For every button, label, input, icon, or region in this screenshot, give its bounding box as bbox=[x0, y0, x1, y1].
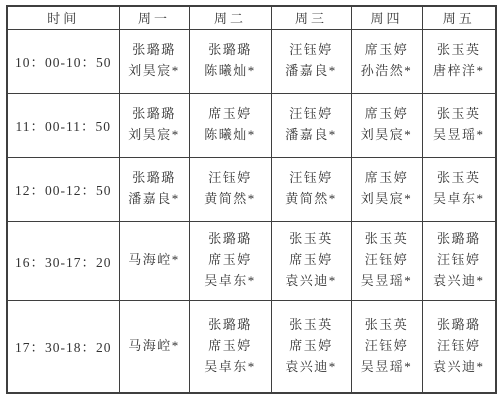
schedule-cell: 汪钰婷 黄简然* bbox=[189, 157, 271, 221]
schedule-cell: 张璐璐 潘嘉良* bbox=[119, 157, 189, 221]
column-header-wednesday: 周三 bbox=[271, 6, 351, 29]
schedule-cell: 席玉婷 孙浩然* bbox=[351, 29, 422, 93]
table-row: 16：30-17：20 马海崆* 张璐璐 席玉婷 吴卓东* 张玉英 席玉婷 袁兴… bbox=[7, 221, 496, 300]
schedule-cell: 张璐璐 刘昊宸* bbox=[119, 29, 189, 93]
table-row: 10：00-10：50 张璐璐 刘昊宸* 张璐璐 陈曦灿* 汪钰婷 潘嘉良* 席… bbox=[7, 29, 496, 93]
schedule-cell: 张璐璐 席玉婷 吴卓东* bbox=[189, 300, 271, 393]
schedule-cell: 马海崆* bbox=[119, 300, 189, 393]
schedule-cell: 张璐璐 汪钰婷 袁兴迪* bbox=[422, 300, 496, 393]
schedule-cell: 张玉英 吴昱瑶* bbox=[422, 93, 496, 157]
schedule-cell: 汪钰婷 黄简然* bbox=[271, 157, 351, 221]
column-header-monday: 周一 bbox=[119, 6, 189, 29]
column-header-time: 时间 bbox=[7, 6, 119, 29]
table-row: 12：00-12：50 张璐璐 潘嘉良* 汪钰婷 黄简然* 汪钰婷 黄简然* 席… bbox=[7, 157, 496, 221]
table-row: 11：00-11：50 张璐璐 刘昊宸* 席玉婷 陈曦灿* 汪钰婷 潘嘉良* 席… bbox=[7, 93, 496, 157]
schedule-cell: 席玉婷 刘昊宸* bbox=[351, 157, 422, 221]
table-row: 17：30-18：20 马海崆* 张璐璐 席玉婷 吴卓东* 张玉英 席玉婷 袁兴… bbox=[7, 300, 496, 393]
schedule-cell: 汪钰婷 潘嘉良* bbox=[271, 93, 351, 157]
schedule-cell: 张璐璐 席玉婷 吴卓东* bbox=[189, 221, 271, 300]
schedule-cell: 张璐璐 陈曦灿* bbox=[189, 29, 271, 93]
schedule-cell: 张玉英 吴卓东* bbox=[422, 157, 496, 221]
schedule-cell: 席玉婷 刘昊宸* bbox=[351, 93, 422, 157]
time-cell: 17：30-18：20 bbox=[7, 300, 119, 393]
schedule-cell: 张玉英 唐梓洋* bbox=[422, 29, 496, 93]
time-cell: 10：00-10：50 bbox=[7, 29, 119, 93]
time-cell: 12：00-12：50 bbox=[7, 157, 119, 221]
time-cell: 11：00-11：50 bbox=[7, 93, 119, 157]
time-cell: 16：30-17：20 bbox=[7, 221, 119, 300]
column-header-tuesday: 周二 bbox=[189, 6, 271, 29]
schedule-cell: 张璐璐 刘昊宸* bbox=[119, 93, 189, 157]
schedule-cell: 张璐璐 汪钰婷 袁兴迪* bbox=[422, 221, 496, 300]
schedule-cell: 张玉英 汪钰婷 吴昱瑶* bbox=[351, 221, 422, 300]
schedule-cell: 席玉婷 陈曦灿* bbox=[189, 93, 271, 157]
schedule-cell: 汪钰婷 潘嘉良* bbox=[271, 29, 351, 93]
schedule-cell: 张玉英 汪钰婷 吴昱瑶* bbox=[351, 300, 422, 393]
schedule-cell: 张玉英 席玉婷 袁兴迪* bbox=[271, 221, 351, 300]
schedule-cell: 张玉英 席玉婷 袁兴迪* bbox=[271, 300, 351, 393]
schedule-table: 时间 周一 周二 周三 周四 周五 10：00-10：50 张璐璐 刘昊宸* 张… bbox=[6, 5, 497, 394]
schedule-cell: 马海崆* bbox=[119, 221, 189, 300]
column-header-friday: 周五 bbox=[422, 6, 496, 29]
column-header-thursday: 周四 bbox=[351, 6, 422, 29]
header-row: 时间 周一 周二 周三 周四 周五 bbox=[7, 6, 496, 29]
